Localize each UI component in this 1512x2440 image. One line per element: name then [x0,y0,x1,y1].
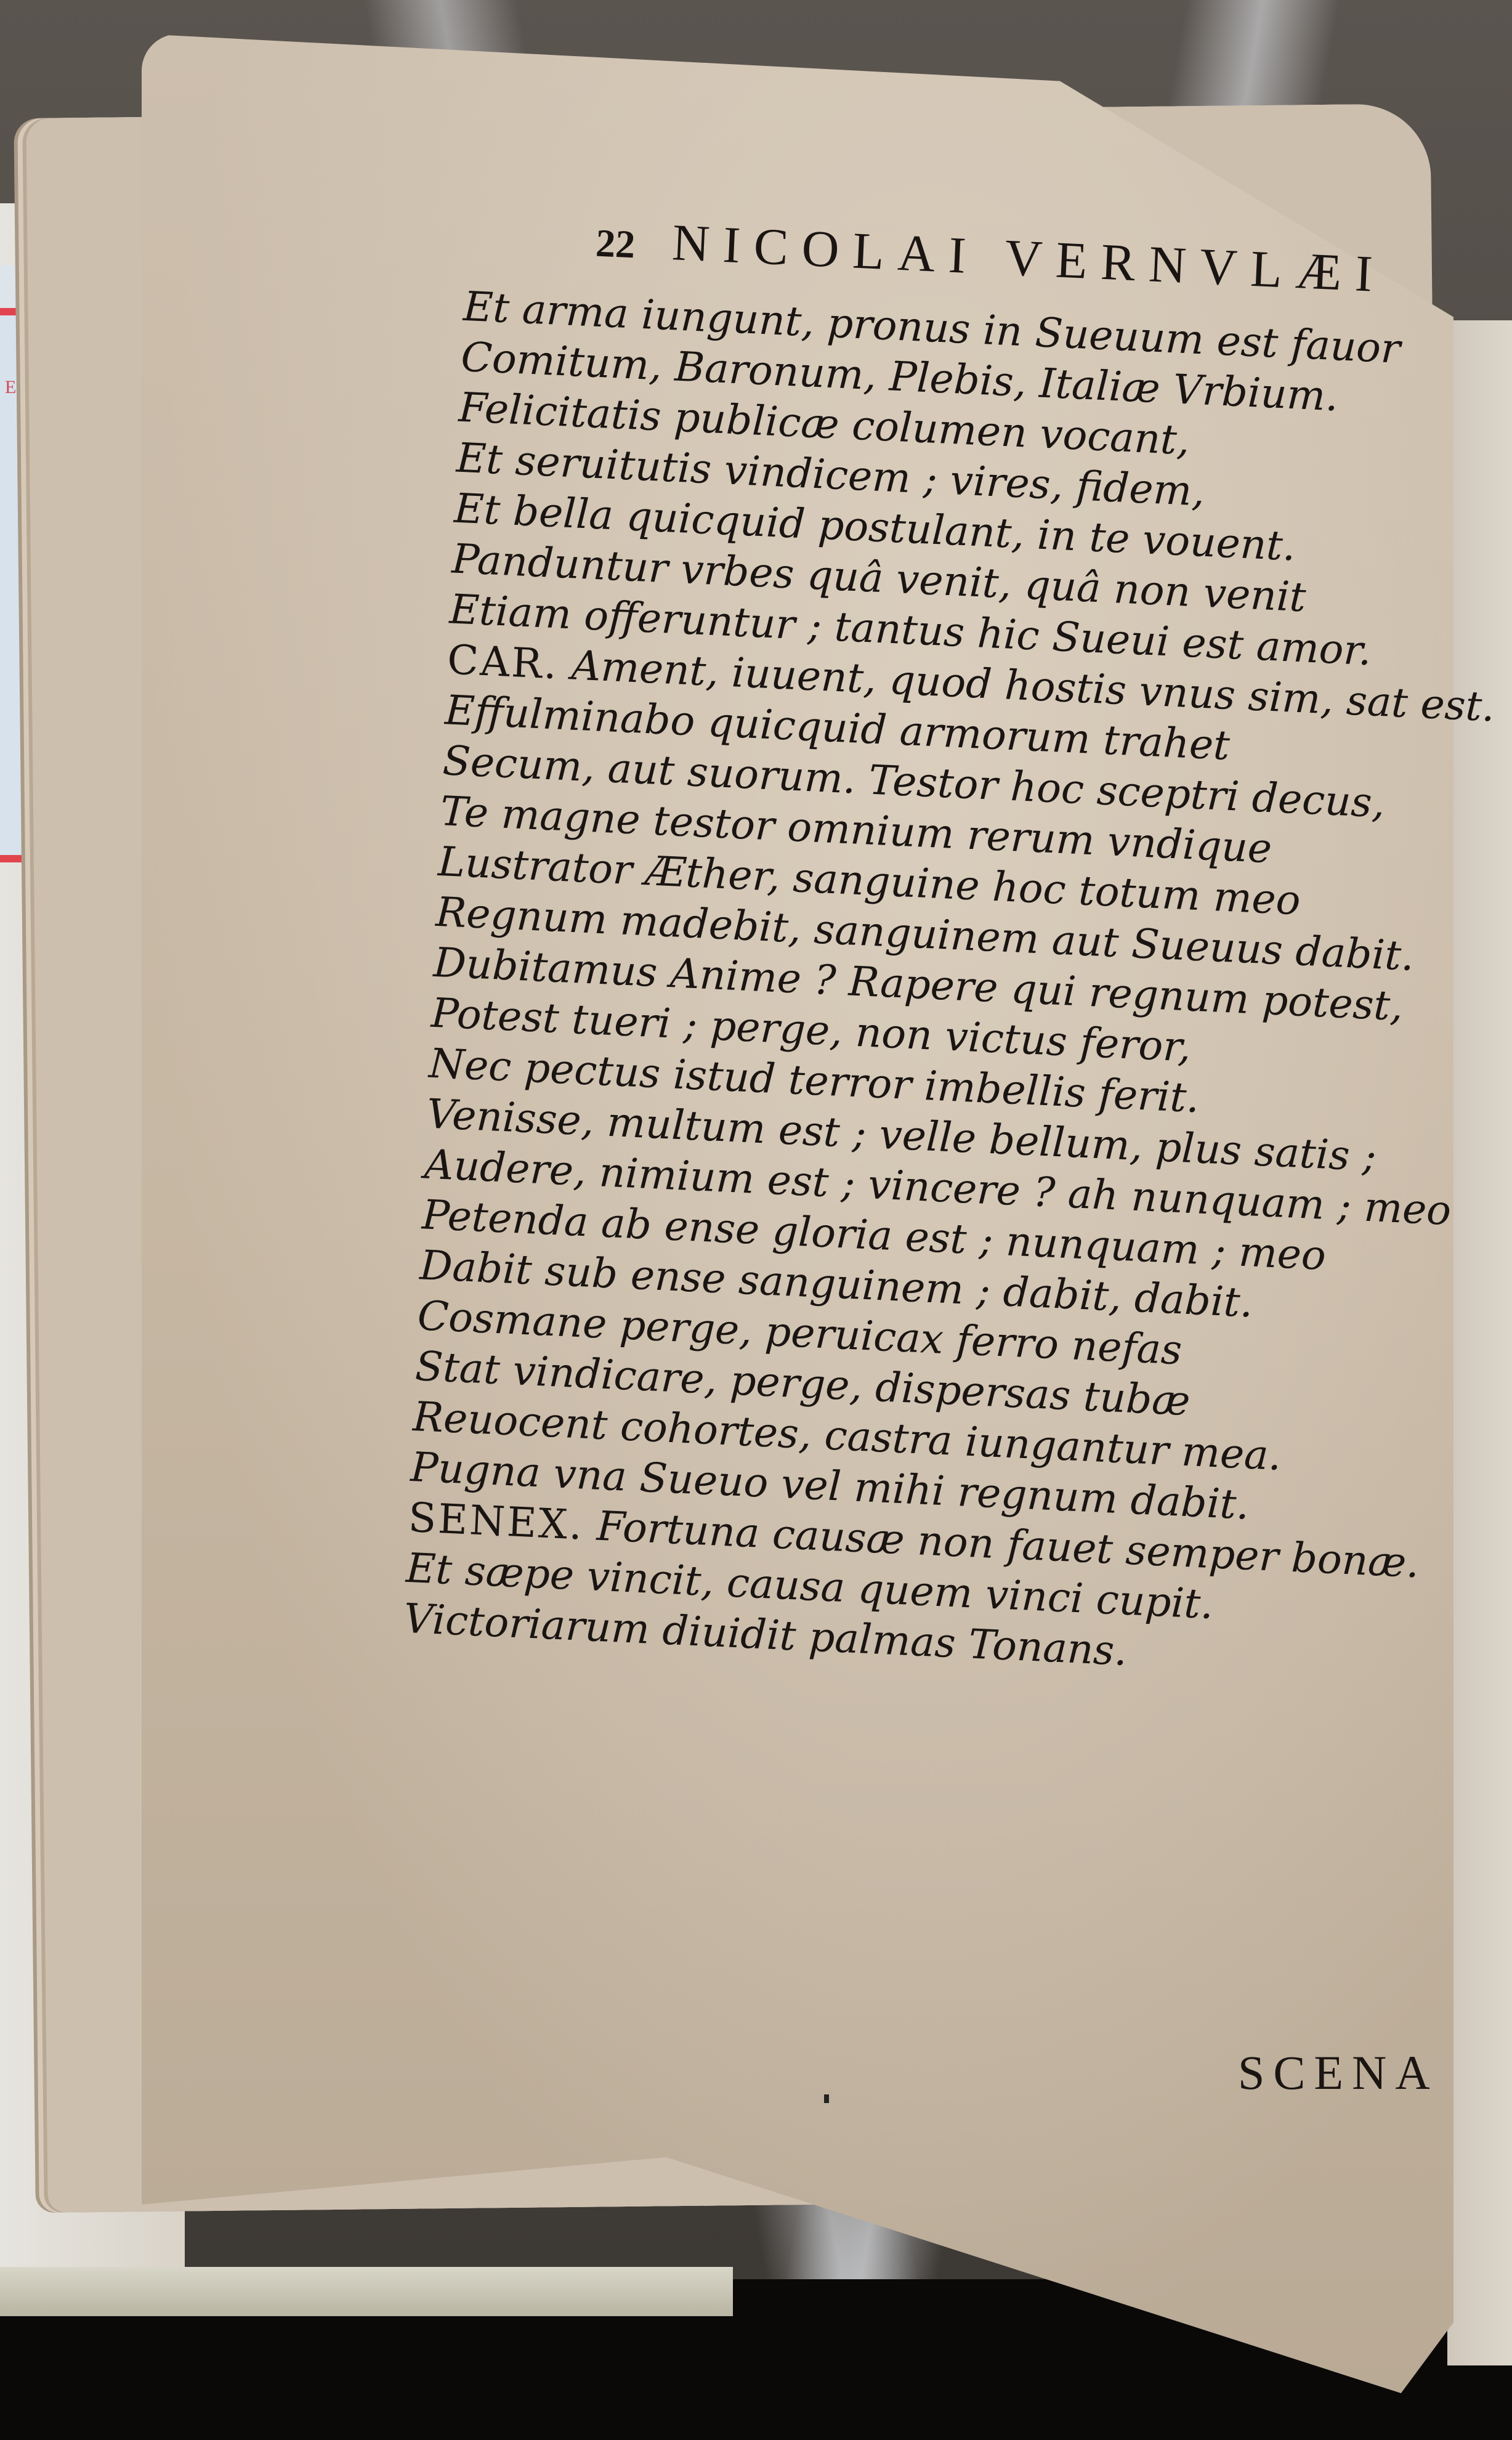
page-number: 22 [595,221,636,268]
bottom-binding-strip [0,2267,733,2316]
page-text-block: 22 NICOLAI VERNVLÆI Et arma iungunt, pro… [403,203,1478,1690]
print-mark [824,2094,829,2103]
speaker-label: SENEX. [407,1494,584,1549]
speaker-label: CAR. [447,636,560,688]
catchword: SCENA [1238,2045,1439,2101]
